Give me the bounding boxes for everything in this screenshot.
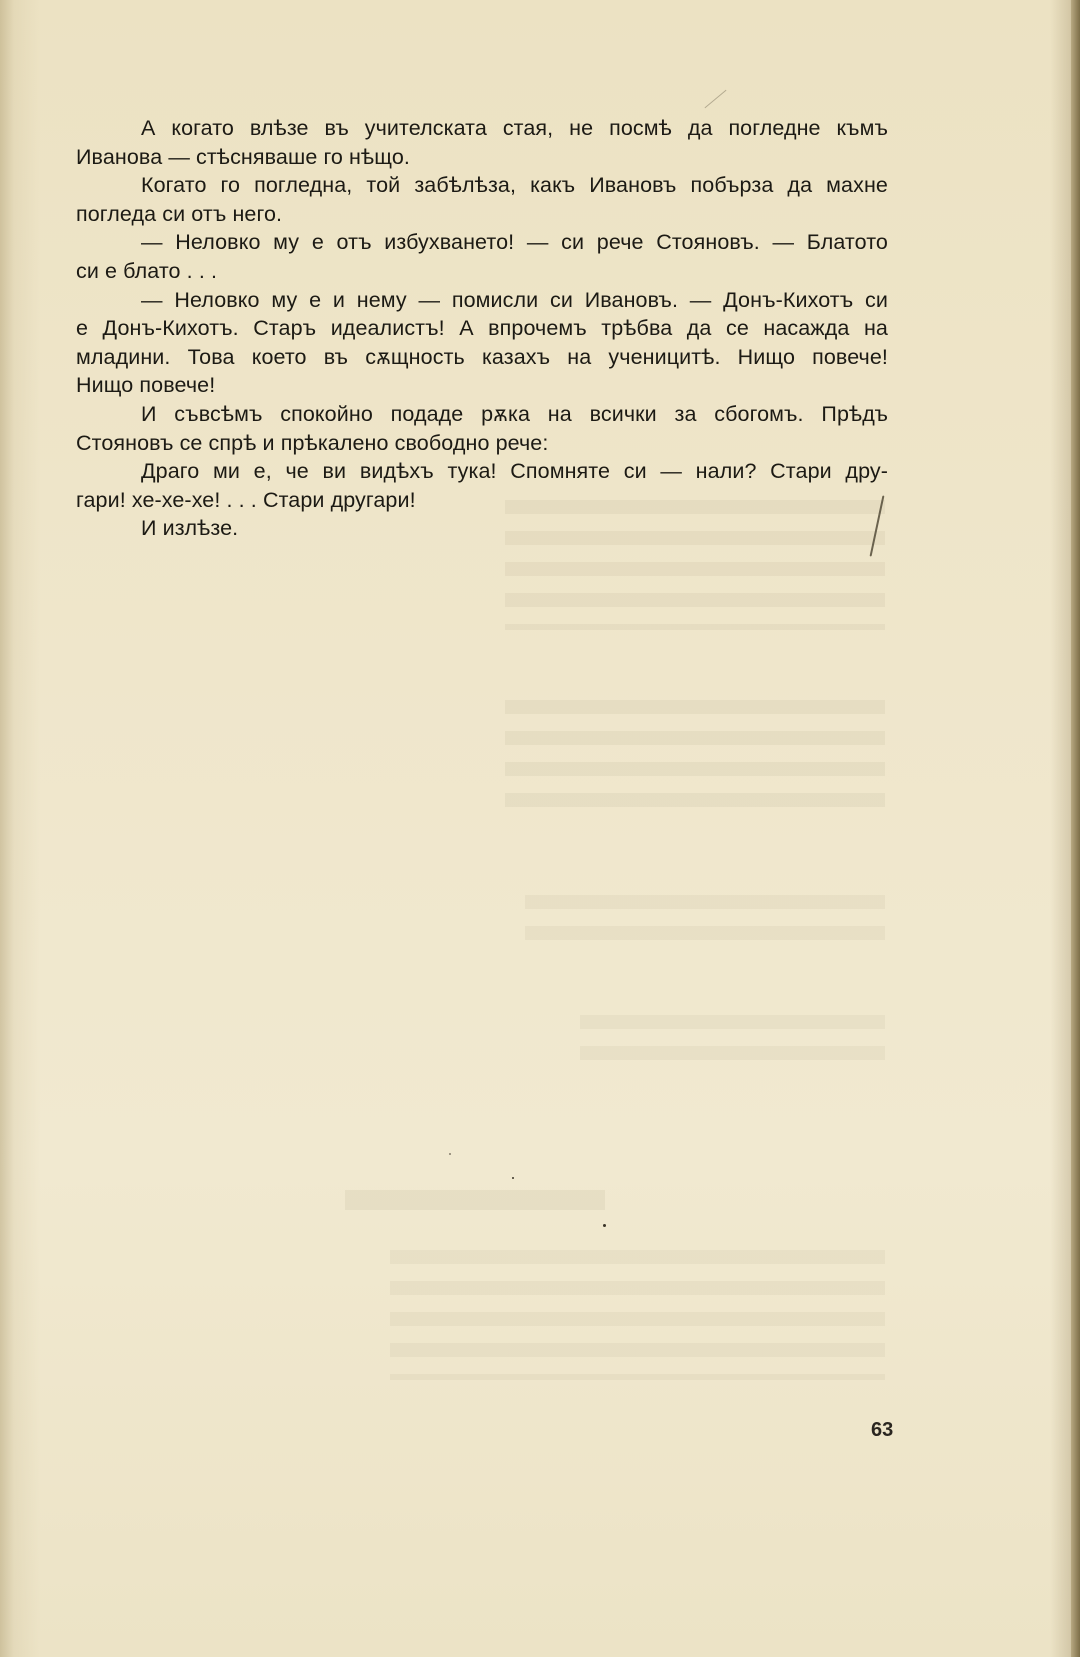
page-edge xyxy=(1071,0,1080,1657)
text-line: е Донъ-Кихотъ. Старъ идеалистъ! А впроче… xyxy=(76,314,888,343)
paragraph-1: А когато влѣзе въ учителската стая, не п… xyxy=(76,114,888,171)
speck xyxy=(603,1224,606,1227)
paragraph-6: Драго ми е, че ви видѣхъ тука! Спомняте … xyxy=(76,457,888,514)
bleed-through-block-3 xyxy=(525,895,885,955)
body-text: А когато влѣзе въ учителската стая, не п… xyxy=(76,114,888,543)
speck xyxy=(512,1177,514,1179)
text-line: погледа си отъ него. xyxy=(76,200,888,229)
bleed-through-block-5 xyxy=(390,1250,885,1380)
paragraph-5: И съвсѣмъ спокойно подаде рѫка на всички… xyxy=(76,400,888,457)
text-line: И излѣзе. xyxy=(76,514,888,543)
text-line: А когато влѣзе въ учителската стая, не п… xyxy=(76,114,888,143)
text-line: си е блато . . . xyxy=(76,257,888,286)
text-line: — Неловко му е отъ избухването! — си реч… xyxy=(76,228,888,257)
text-line: Драго ми е, че ви видѣхъ тука! Спомняте … xyxy=(76,457,888,486)
speck xyxy=(449,1153,451,1155)
paragraph-4: — Неловко му е и нему — помисли си Ивано… xyxy=(76,286,888,400)
bleed-through-block-2 xyxy=(505,700,885,820)
book-page: А когато влѣзе въ учителската стая, не п… xyxy=(0,0,1080,1657)
text-line: Нищо повече! xyxy=(76,371,888,400)
paragraph-3: — Неловко му е отъ избухването! — си реч… xyxy=(76,228,888,285)
bleed-through-block-4 xyxy=(580,1015,885,1075)
bleed-through-heading xyxy=(345,1190,605,1210)
text-line: Когато го погледна, той забѣлѣза, какъ И… xyxy=(76,171,888,200)
paragraph-2: Когато го погледна, той забѣлѣза, какъ И… xyxy=(76,171,888,228)
text-line: гари! хе-хе-хе! . . . Стари другари! xyxy=(76,486,888,515)
pencil-mark-small xyxy=(704,90,726,109)
text-line: Иванова — стѣсняваше го нѣщо. xyxy=(76,143,888,172)
text-line: Стояновъ се спрѣ и прѣкалено свободно ре… xyxy=(76,429,888,458)
page-number: 63 xyxy=(871,1419,893,1442)
paragraph-7: И излѣзе. xyxy=(76,514,888,543)
text-line: младини. Това което въ сѫщность казахъ н… xyxy=(76,343,888,372)
text-line: — Неловко му е и нему — помисли си Ивано… xyxy=(76,286,888,315)
text-line: И съвсѣмъ спокойно подаде рѫка на всички… xyxy=(76,400,888,429)
